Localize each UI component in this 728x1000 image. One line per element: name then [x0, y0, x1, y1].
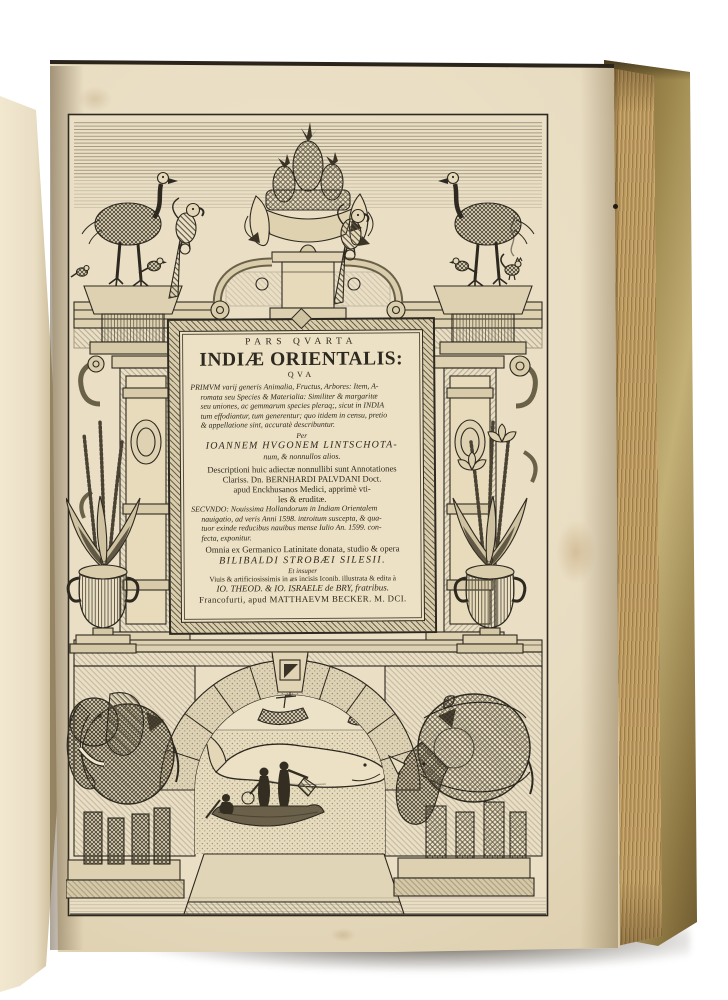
imprint-line: Francofurti, apud MATTHAEVM BECKER. M. D… — [189, 594, 417, 607]
secundo-line: fecta, exponitur. — [191, 532, 413, 543]
foxing-stain — [330, 928, 356, 942]
fore-edge-speck — [613, 204, 618, 209]
ground-shading — [70, 896, 546, 914]
main-title: INDIÆ ORIENTALIS: — [187, 349, 415, 370]
author-name-continued: num, & nonnullos alios. — [188, 451, 416, 463]
author-name: IOANNEM HVGONEM LINTSCHOTA- — [188, 439, 416, 453]
argument-line: & appellatione sint, accuratè describunt… — [191, 420, 413, 431]
engraved-title-plate: PARS QVARTA INDIÆ ORIENTALIS: QVA PRIMVM… — [66, 112, 550, 918]
foxing-stain — [78, 86, 112, 112]
outer-margin-shadow — [580, 68, 618, 948]
translator-name: BILIBALDI STROBÆI SILESII. — [189, 554, 417, 568]
title-tablet: PARS QVARTA INDIÆ ORIENTALIS: QVA PRIMVM… — [179, 329, 425, 623]
series-heading: PARS QVARTA — [187, 337, 415, 348]
argument-block: PRIMVM varij generis Animalia, Fructus, … — [187, 381, 415, 431]
secundo-block: SECVNDO: Nouissima Hollandorum in Indiam… — [188, 503, 416, 543]
title-cartouche: PARS QVARTA INDIÆ ORIENTALIS: QVA PRIMVM… — [167, 317, 437, 635]
foxing-stain — [556, 520, 596, 584]
qua-word: QVA — [187, 370, 415, 380]
secundo-line: tuor exinde reducibus nauibus mense Iuli… — [191, 522, 413, 533]
